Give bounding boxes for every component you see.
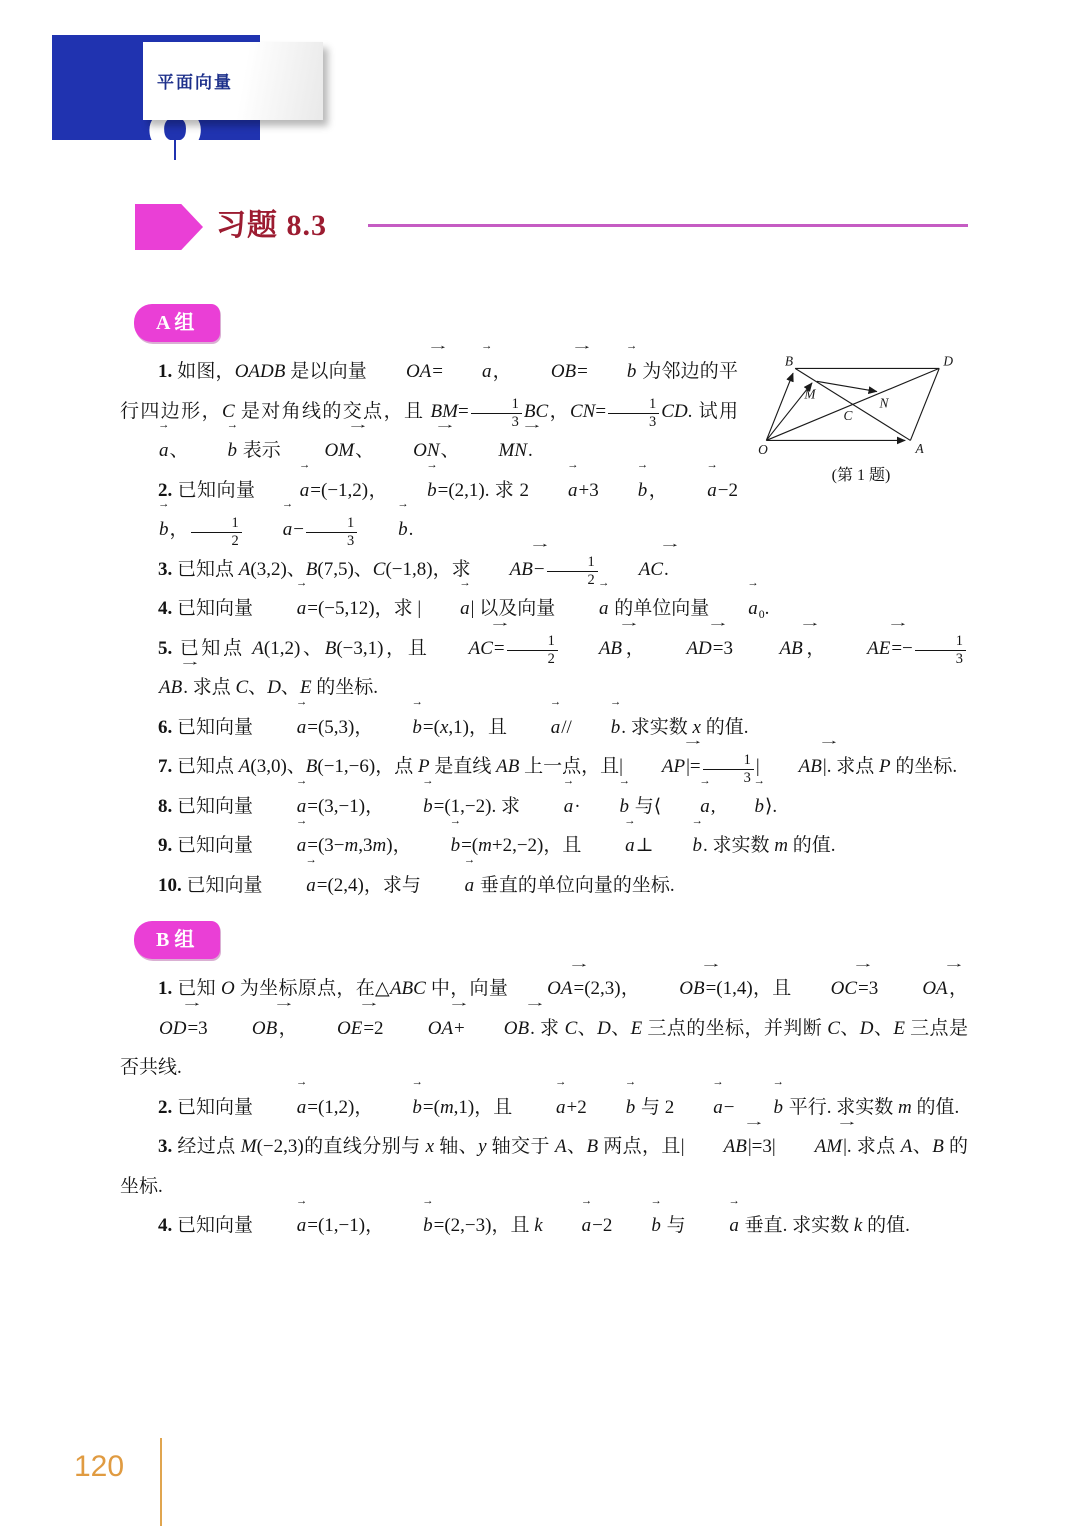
text: · [574, 796, 580, 817]
vector: a [259, 1206, 307, 1246]
text: − [534, 559, 545, 580]
text: 、 [441, 440, 460, 461]
text: 已知向量 [172, 1097, 258, 1118]
vector: OB [513, 352, 576, 392]
text: // [561, 717, 572, 738]
text: =(2,3)， [573, 978, 640, 999]
math-variable: m [440, 1097, 454, 1118]
text: 的坐标. [891, 756, 958, 777]
fraction: 13 [306, 515, 357, 550]
math-variable: m [478, 835, 492, 856]
text: = [432, 361, 443, 382]
text: (−1,−6)，点 [317, 756, 418, 777]
text: 、 [577, 1018, 597, 1039]
text: ， [548, 401, 570, 422]
text: = [494, 638, 505, 659]
vector: MN [461, 431, 528, 471]
math-variable: CN [570, 401, 595, 422]
text: . [765, 598, 770, 619]
text: =− [891, 638, 912, 659]
text: 与 2 [636, 1097, 674, 1118]
textbook-page: 8 平面向量 习题 8.3 A 组 [0, 0, 1080, 1526]
text: =3 [713, 638, 741, 659]
text: 、 [840, 1018, 860, 1039]
math-variable: C [827, 1018, 840, 1039]
text: + [454, 1018, 465, 1039]
page-number-rule [160, 1438, 162, 1526]
math-variable: m [345, 835, 359, 856]
math-variable: k [534, 1215, 542, 1236]
fraction: 13 [608, 396, 659, 431]
text: =(2,1). 求 2 [438, 480, 529, 501]
vector: AB [561, 629, 622, 669]
vector: b [121, 510, 169, 550]
text: = [577, 361, 588, 382]
text: 已知点 [172, 559, 239, 580]
problem-number: 1. [158, 978, 172, 999]
text: 与 [662, 1215, 691, 1236]
problem-text: 10. 已知向量 a=(2,4)，求与 a 垂直的单位向量的坐标. [120, 866, 968, 906]
text: =(−1,2)， [310, 480, 388, 501]
text: 如图， [172, 361, 234, 382]
vector: a [526, 787, 574, 827]
vector: OE [299, 1009, 362, 1049]
vector: a [544, 1206, 592, 1246]
chapter-banner: 平面向量 [143, 42, 323, 120]
text: 已知向量 [172, 1215, 258, 1236]
text: ,3 [358, 835, 372, 856]
problem-1-figure: O B D A M N C (第 1 题) [754, 354, 968, 485]
section-header: 习题 8.3 [120, 198, 968, 248]
text: =(3,−1)， [307, 796, 384, 817]
text: . 求 [530, 1018, 564, 1039]
text: (−2,3)的直线分别与 [257, 1136, 426, 1157]
vector: OB [641, 969, 704, 1009]
text: 已知点 [172, 756, 239, 777]
problem-number: 8. [158, 796, 172, 817]
text: |. 求点 [823, 756, 879, 777]
text: ， [804, 638, 828, 659]
text: 、 [611, 1018, 631, 1039]
text: . 求点 [183, 677, 235, 698]
text: 三点的坐标，并判断 [642, 1018, 827, 1039]
text: . 求实数 [703, 835, 774, 856]
group-a-badge: A 组 [134, 304, 220, 342]
page-number: 120 [74, 1450, 124, 1484]
text: =3 [858, 978, 883, 999]
vector: a [245, 510, 293, 550]
text: ， [170, 519, 189, 540]
text: 两点，且| [598, 1136, 685, 1157]
text: 是直线 [430, 756, 497, 777]
text: )， [386, 835, 411, 856]
vector: a [518, 1088, 566, 1128]
figure-label-N: N [879, 396, 890, 411]
vector: b [600, 471, 648, 511]
text: . [664, 559, 669, 580]
text: 、 [912, 1136, 932, 1157]
math-variable: D [597, 1018, 611, 1039]
vector: AB [472, 550, 533, 590]
text: (−3,1)，且 [336, 638, 429, 659]
math-variable: C [235, 677, 248, 698]
math-variable: AB [496, 756, 519, 777]
text: 、 [170, 440, 189, 461]
math-variable: B [325, 638, 337, 659]
text: =3 [187, 1018, 212, 1039]
vector: a [259, 589, 307, 629]
math-variable: E [893, 1018, 905, 1039]
vector: b [385, 1206, 433, 1246]
math-variable: C [373, 559, 386, 580]
math-variable: D [267, 677, 281, 698]
math-variable: A [239, 756, 251, 777]
text: =(−5,12)，求 | [307, 598, 421, 619]
group-b-problems: 1. 已知 O 为坐标原点，在△ABC 中，向量OA=(2,3)，OB=(1,4… [120, 969, 968, 1246]
text: 轴交于 [487, 1136, 556, 1157]
text: − [293, 519, 304, 540]
vector: a [268, 866, 316, 906]
figure-label-A: A [915, 441, 925, 456]
problem-number: 1. [158, 361, 172, 382]
vector: a [691, 1206, 739, 1246]
text: . [409, 519, 414, 540]
chapter-title: 平面向量 [157, 68, 233, 93]
vector: OD [121, 1009, 186, 1049]
text: =(1,−2). 求 [434, 796, 525, 817]
figure-caption: (第 1 题) [754, 462, 968, 485]
math-variable: ABC [390, 978, 426, 999]
problem-number: 3. [158, 1136, 172, 1157]
math-variable: B [586, 1136, 598, 1157]
text: =( [423, 1097, 440, 1118]
text: ， [492, 361, 511, 382]
problem-number: 2. [158, 1097, 172, 1118]
math-variable: y [478, 1136, 486, 1157]
text: 已知向量 [172, 717, 258, 738]
vector: b [374, 1088, 422, 1128]
vector: a [444, 352, 492, 392]
parallelogram-figure-svg: O B D A M N C [758, 354, 964, 460]
vector: b [589, 352, 637, 392]
problem-number: 9. [158, 835, 172, 856]
vector: OB [214, 1009, 277, 1049]
problem-text: 4. 已知向量 a=(1,−1)，b=(2,−3)，且 ka−2b 与 a 垂直… [120, 1206, 968, 1246]
vector: b [374, 708, 422, 748]
text: 垂直. 求实数 [740, 1215, 854, 1236]
arrow-right-icon [135, 204, 203, 250]
vector: b [716, 787, 764, 827]
vector: a [259, 708, 307, 748]
problem-text: 5. 已知点 A(1,2)、B(−3,1)，且AC=12AB，AD=3 AB，A… [120, 629, 968, 708]
problem-text: 9. 已知向量 a=(3−m,3m)，b=(m+2,−2)，且 a⊥b. 求实数… [120, 826, 968, 866]
text: , [711, 796, 716, 817]
problem-number: 5. [158, 638, 172, 659]
text: =( [423, 717, 440, 738]
vector: AD [648, 629, 711, 669]
vector: AB [741, 629, 802, 669]
text: ， [949, 978, 968, 999]
text: −2 [718, 480, 738, 501]
text: =(2,−3)，且 [434, 1215, 535, 1236]
math-variable: A [252, 638, 264, 659]
math-variable: A [239, 559, 251, 580]
vector: a [121, 431, 169, 471]
vector: a [513, 708, 561, 748]
vector: b [655, 826, 703, 866]
text: =(1,4)，且 [706, 978, 792, 999]
problem-number: 4. [158, 1215, 172, 1236]
text: ⟩. [765, 796, 777, 817]
text: (1,2)、 [264, 638, 325, 659]
text: 是以向量 [285, 361, 367, 382]
figure-label-O: O [758, 442, 768, 457]
vector: a [530, 471, 578, 511]
figure-label-D: D [942, 354, 953, 368]
math-variable: O [221, 978, 235, 999]
text: |=3| [748, 1136, 776, 1157]
vector: AC [601, 550, 663, 590]
math-variable: A [555, 1136, 567, 1157]
vector: OC [793, 969, 857, 1009]
section-rule [368, 224, 968, 227]
text: 的值. [912, 1097, 960, 1118]
text: =(5,3)， [307, 717, 373, 738]
vector: AB [121, 668, 182, 708]
text: 的值. [862, 1215, 910, 1236]
text: (7,5)、 [317, 559, 372, 580]
text: 、 [248, 677, 267, 698]
text: +3 [579, 480, 599, 501]
vector: a [427, 866, 475, 906]
problem-number: 4. [158, 598, 172, 619]
problem-text: 3. 经过点 M(−2,3)的直线分别与 x 轴、y 轴交于 A、B 两点，且|… [120, 1127, 968, 1206]
text: 、 [355, 440, 374, 461]
text: 已知向量 [172, 598, 258, 619]
text: 已知向量 [172, 835, 258, 856]
text: 、 [567, 1136, 587, 1157]
vector: OB [466, 1009, 529, 1049]
text: 轴、 [434, 1136, 478, 1157]
text: 的坐标. [312, 677, 379, 698]
text: =(2,4)，求与 [317, 875, 426, 896]
vector: AC [431, 629, 493, 669]
vector: b [588, 1088, 636, 1128]
text: . [528, 440, 533, 461]
figure-vector-OB [766, 373, 793, 440]
text: 是对角线的交点，且 [235, 401, 431, 422]
vector: OA [884, 969, 947, 1009]
figure-label-C: C [844, 408, 854, 423]
text: 的值. [701, 717, 749, 738]
math-variable: B [932, 1136, 944, 1157]
math-variable: x [426, 1136, 434, 1157]
figure-diagonal-BA [795, 368, 910, 440]
text: ,1)，且 [448, 717, 511, 738]
text: | 以及向量 [471, 598, 560, 619]
vector: AM [777, 1127, 842, 1167]
math-variable: m [898, 1097, 912, 1118]
math-variable: D [860, 1018, 874, 1039]
problem-text: 3. 已知点 A(3,2)、B(7,5)、C(−1,8)，求AB−12AC. [120, 550, 968, 590]
text: |. 求点 [843, 1136, 901, 1157]
text: −2 [592, 1215, 612, 1236]
figure-label-M: M [803, 386, 816, 401]
text: =(1,2)， [307, 1097, 373, 1118]
text: = [458, 401, 469, 422]
vector: b [190, 431, 238, 471]
text: 已知向量 [172, 796, 258, 817]
section-title: 习题 8.3 [216, 200, 327, 244]
figure-vector-MN [817, 381, 877, 391]
vector: OA [368, 352, 431, 392]
fraction: 13 [915, 633, 966, 668]
math-variable: A [901, 1136, 913, 1157]
math-variable: E [631, 1018, 643, 1039]
text: =(1,−1)， [307, 1215, 384, 1236]
vector: AB [761, 747, 822, 787]
problem-text: 6. 已知向量 a=(5,3)，b=(x,1)，且 a//b. 求实数 x 的值… [120, 708, 968, 748]
text: 经过点 [172, 1136, 241, 1157]
text: 的值. [788, 835, 836, 856]
text: ， [278, 1018, 298, 1039]
figure-label-B: B [785, 354, 793, 368]
problem-text: 8. 已知向量 a=(3,−1)，b=(1,−2). 求 a·b 与⟨a,b⟩. [120, 787, 968, 827]
text: =2 [363, 1018, 388, 1039]
text: ， [623, 638, 647, 659]
group-b-badge: B 组 [134, 921, 220, 959]
text: 已知向量 [182, 875, 268, 896]
text: 表示 [238, 440, 286, 461]
text: +2 [567, 1097, 587, 1118]
vector: OA [390, 1009, 453, 1049]
text: . 试用 [688, 401, 738, 422]
problem-number: 3. [158, 559, 172, 580]
math-variable: C [565, 1018, 578, 1039]
text: +2,−2)，且 [492, 835, 586, 856]
problem-number: 10. [158, 875, 182, 896]
math-variable: CD [661, 401, 687, 422]
text: 已知向量 [172, 480, 261, 501]
math-variable: M [241, 1136, 257, 1157]
vector: a [669, 471, 717, 511]
text: − [724, 1097, 735, 1118]
math-variable: m [774, 835, 788, 856]
math-variable: m [373, 835, 387, 856]
text: 垂直的单位向量的坐标. [475, 875, 675, 896]
math-variable: OADB [235, 361, 286, 382]
group-a-problems: O B D A M N C (第 1 题) 1. 如图，OADB 是以向量OA=… [120, 352, 968, 905]
math-variable: P [879, 756, 891, 777]
problem-number: 6. [158, 717, 172, 738]
vector: AE [829, 629, 890, 669]
vector: b [360, 510, 408, 550]
fraction: 12 [507, 633, 558, 668]
text: 、 [874, 1018, 894, 1039]
math-variable: B [306, 756, 318, 777]
vector: AB [686, 1127, 747, 1167]
math-variable: B [306, 559, 318, 580]
problem-text: 1. 已知 O 为坐标原点，在△ABC 中，向量OA=(2,3)，OB=(1,4… [120, 969, 968, 1088]
vector: a [259, 1088, 307, 1128]
vector: a [587, 826, 635, 866]
text: (−1,8)，求 [385, 559, 470, 580]
content-column: 习题 8.3 A 组 [120, 198, 968, 1246]
text: ， [648, 480, 668, 501]
fraction: 12 [191, 515, 242, 550]
text: ⊥ [636, 835, 654, 856]
text: ,1)，且 [454, 1097, 517, 1118]
text: = [595, 401, 606, 422]
vector: b [613, 1206, 661, 1246]
problem-number: 7. [158, 756, 172, 777]
